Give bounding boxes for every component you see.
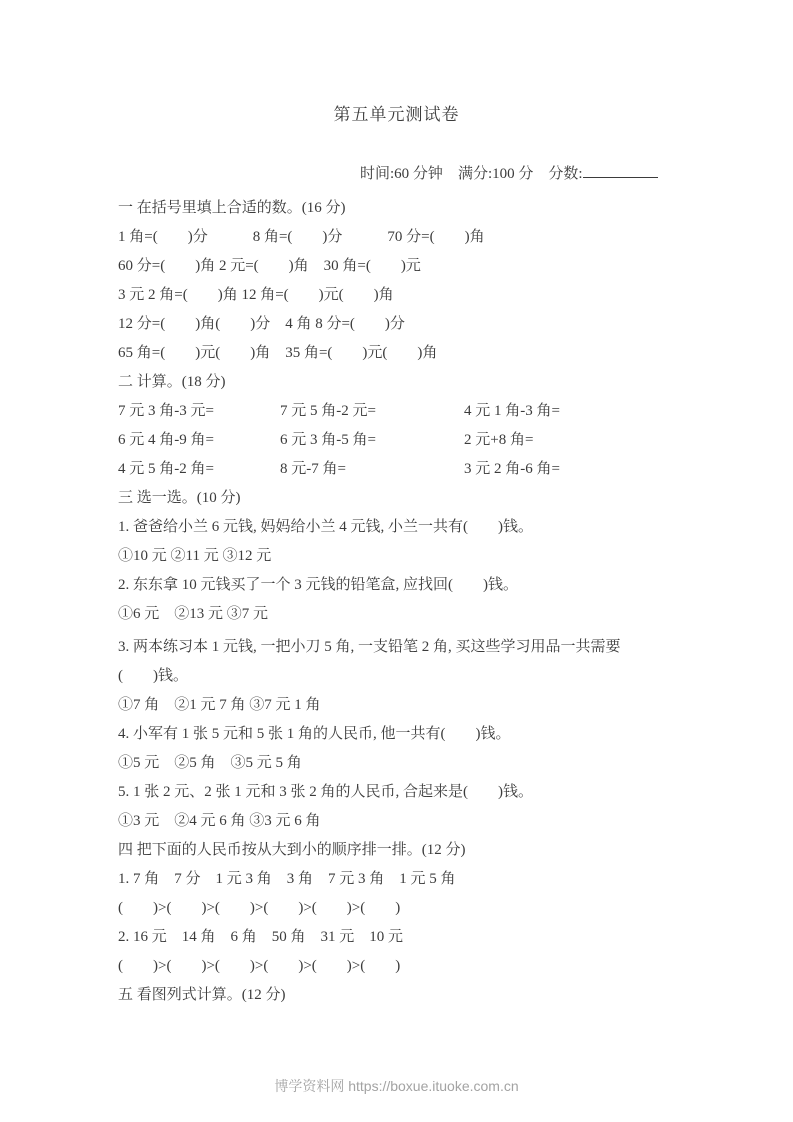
section3-question-5: 5. 1 张 2 元、2 张 1 元和 3 张 2 角的人民币, 合起来是( )… — [0, 778, 793, 807]
calc-expression: 7 元 5 角-2 元= — [280, 397, 464, 426]
section3-question-3-cont: ( )钱。 — [0, 662, 793, 691]
test-paper-page: 第五单元测试卷 时间:60 分钟 满分:100 分 分数: 一 在括号里填上合适… — [0, 0, 793, 1122]
calc-expression: 4 元 1 角-3 角= — [464, 403, 560, 419]
calc-expression: 7 元 3 角-3 元= — [118, 397, 280, 426]
section3-options-3: ①7 角 ②1 元 7 角 ③7 元 1 角 — [0, 691, 793, 720]
section1-line4: 12 分=( )角( )分 4 角 8 分=( )分 — [0, 310, 793, 339]
score-label: 分数: — [548, 166, 582, 182]
section3-options-2: ①6 元 ②13 元 ③7 元 — [0, 600, 793, 629]
calc-expression: 4 元 5 角-2 角= — [118, 455, 280, 484]
section3-question-2: 2. 东东拿 10 元钱买了一个 3 元钱的铅笔盒, 应找回( )钱。 — [0, 571, 793, 600]
section1-line1: 1 角=( )分 8 角=( )分 70 分=( )角 — [0, 223, 793, 252]
section4-heading: 四 把下面的人民币按从大到小的顺序排一排。(12 分) — [0, 836, 793, 865]
calc-expression: 6 元 4 角-9 角= — [118, 426, 280, 455]
calc-expression: 2 元+8 角= — [464, 432, 533, 448]
calc-expression: 3 元 2 角-6 角= — [464, 461, 560, 477]
full-score-label: 满分:100 分 — [458, 166, 533, 182]
section5-heading: 五 看图列式计算。(12 分) — [0, 981, 793, 1010]
calc-row-3: 4 元 5 角-2 角=8 元-7 角=3 元 2 角-6 角= — [0, 455, 793, 484]
section4-items-1: 1. 7 角 7 分 1 元 3 角 3 角 7 元 3 角 1 元 5 角 — [0, 865, 793, 894]
section3-question-4: 4. 小军有 1 张 5 元和 5 张 1 角的人民币, 他一共有( )钱。 — [0, 720, 793, 749]
calc-expression: 8 元-7 角= — [280, 455, 464, 484]
section2-heading: 二 计算。(18 分) — [0, 368, 793, 397]
info-gap1 — [443, 166, 458, 182]
section3-question-1: 1. 爸爸给小兰 6 元钱, 妈妈给小兰 4 元钱, 小兰一共有( )钱。 — [0, 513, 793, 542]
section3-question-3: 3. 两本练习本 1 元钱, 一把小刀 5 角, 一支铅笔 2 角, 买这些学习… — [0, 633, 793, 662]
paper-body: 一 在括号里填上合适的数。(16 分) 1 角=( )分 8 角=( )分 70… — [0, 194, 793, 1010]
section1-heading: 一 在括号里填上合适的数。(16 分) — [0, 194, 793, 223]
section3-options-4: ①5 元 ②5 角 ③5 元 5 角 — [0, 749, 793, 778]
footer-watermark: 博学资料网 https://boxue.ituoke.com.cn — [0, 1076, 793, 1096]
calc-row-1: 7 元 3 角-3 元=7 元 5 角-2 元=4 元 1 角-3 角= — [0, 397, 793, 426]
page-title: 第五单元测试卷 — [0, 104, 793, 126]
score-blank-line — [583, 163, 658, 178]
section4-items-2: 2. 16 元 14 角 6 角 50 角 31 元 10 元 — [0, 923, 793, 952]
section4-answer-brackets-1: ( )>( )>( )>( )>( )>( ) — [0, 894, 793, 923]
section3-heading: 三 选一选。(10 分) — [0, 484, 793, 513]
section4-answer-brackets-2: ( )>( )>( )>( )>( )>( ) — [0, 952, 793, 981]
section1-line3: 3 元 2 角=( )角 12 角=( )元( )角 — [0, 281, 793, 310]
section3-options-5: ①3 元 ②4 元 6 角 ③3 元 6 角 — [0, 807, 793, 836]
calc-expression: 6 元 3 角-5 角= — [280, 426, 464, 455]
exam-info-line: 时间:60 分钟 满分:100 分 分数: — [0, 163, 793, 183]
section3-options-1: ①10 元 ②11 元 ③12 元 — [0, 542, 793, 571]
time-label: 时间:60 分钟 — [360, 166, 443, 182]
calc-row-2: 6 元 4 角-9 角=6 元 3 角-5 角=2 元+8 角= — [0, 426, 793, 455]
section1-line5: 65 角=( )元( )角 35 角=( )元( )角 — [0, 339, 793, 368]
section1-line2: 60 分=( )角 2 元=( )角 30 角=( )元 — [0, 252, 793, 281]
info-gap2 — [533, 166, 548, 182]
